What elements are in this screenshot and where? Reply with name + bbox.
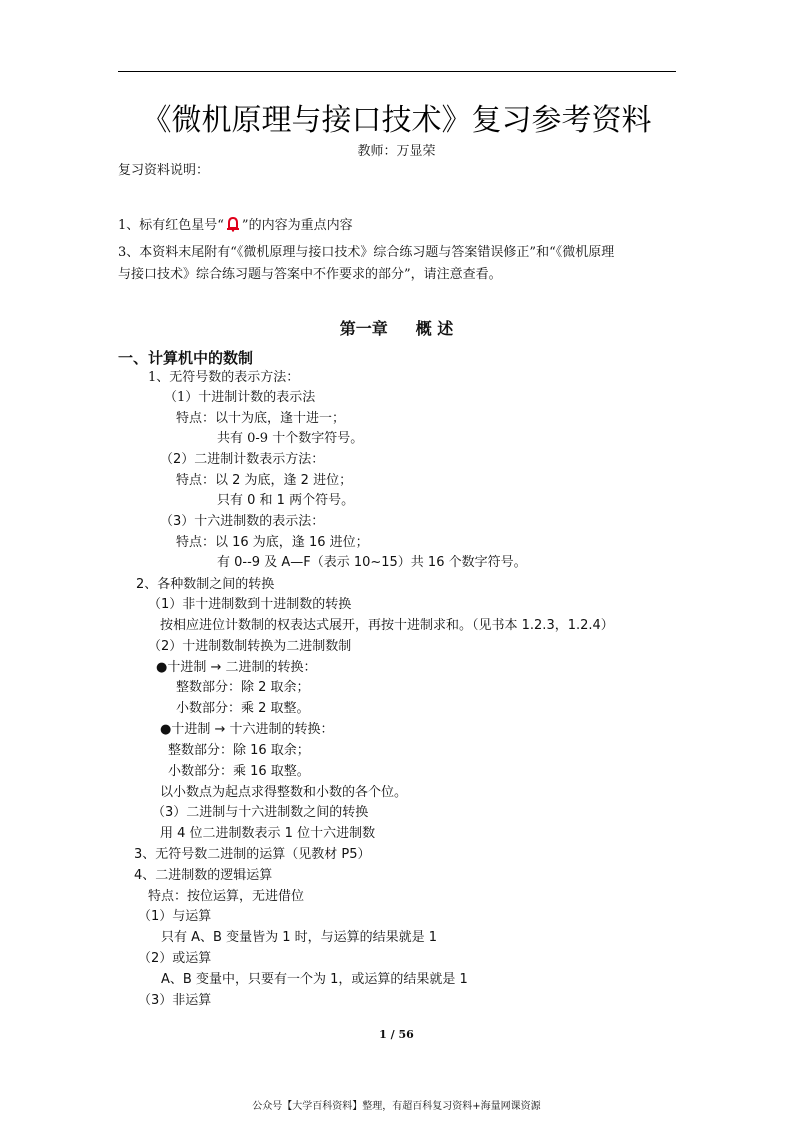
line: 只有 A、B 变量皆为 1 时，与运算的结果就是 1 bbox=[161, 930, 437, 946]
line: 有 0--9 及 A—F（表示 10~15）共 16 个数字符号。 bbox=[217, 555, 527, 571]
line: （1）十进制计数的表示法 bbox=[164, 390, 315, 406]
line: 小数部分：乘 2 取整。 bbox=[176, 701, 310, 717]
line: 只有 0 和 1 两个符号。 bbox=[217, 493, 354, 509]
line: 小数部分：乘 16 取整。 bbox=[168, 764, 310, 780]
line: ●十进制 → 二进制的转换： bbox=[156, 660, 317, 676]
intro-heading: 复习资料说明： bbox=[118, 163, 209, 179]
note-3-line1: 3、本资料末尾附有“《微机原理与接口技术》综合练习题与答案错误修正”和“《微机原… bbox=[118, 245, 614, 261]
line: （2）二进制计数表示方法： bbox=[160, 452, 324, 468]
note-1-suffix: ”的内容为重点内容 bbox=[242, 218, 353, 233]
section-heading: 一、计算机中的数制 bbox=[118, 347, 253, 368]
chapter-name: 概 述 bbox=[416, 319, 454, 338]
line: A、B 变量中，只要有一个为 1，或运算的结果就是 1 bbox=[161, 972, 468, 988]
note-1: 1、标有红色星号“”的内容为重点内容 bbox=[118, 216, 353, 234]
line: 特点：以 2 为底，逢 2 进位； bbox=[176, 473, 352, 489]
line: 特点：按位运算，无进借位 bbox=[148, 889, 304, 905]
chapter-heading: 第一章概 述 bbox=[0, 316, 793, 339]
chapter-label: 第一章 bbox=[340, 319, 388, 338]
page-number: 1 / 56 bbox=[0, 1028, 793, 1041]
line: （1）非十进制数到十进制数的转换 bbox=[148, 597, 351, 613]
header-rule bbox=[118, 71, 676, 72]
line: 整数部分：除 2 取余； bbox=[176, 680, 310, 696]
line: （2）十进制数制转换为二进制数制 bbox=[148, 639, 351, 655]
line: 特点：以 16 为底，逢 16 进位； bbox=[176, 535, 369, 551]
line: 1、无符号数的表示方法： bbox=[148, 370, 299, 386]
note-3-line2: 与接口技术》综合练习题与答案中不作要求的部分”，请注意查看。 bbox=[118, 267, 502, 283]
line: 以小数点为起点求得整数和小数的各个位。 bbox=[160, 785, 407, 801]
teacher-name: 教师：万显荣 bbox=[0, 140, 793, 159]
line: 特点：以十为底，逢十进一； bbox=[176, 411, 345, 427]
footer-note: 公众号【大学百科资料】整理，有超百科复习资料+海量网课资源 bbox=[0, 1097, 793, 1112]
line: 共有 0-9 十个数字符号。 bbox=[217, 431, 363, 447]
line: （3）十六进制数的表示法： bbox=[160, 514, 324, 530]
line: （3）非运算 bbox=[138, 993, 211, 1009]
note-1-prefix: 1、标有红色星号“ bbox=[118, 218, 224, 233]
line: （2）或运算 bbox=[138, 951, 211, 967]
line: （1）与运算 bbox=[138, 909, 211, 925]
line: 2、各种数制之间的转换 bbox=[136, 577, 274, 593]
line: 整数部分：除 16 取余； bbox=[168, 743, 310, 759]
line: （3）二进制与十六进制数之间的转换 bbox=[152, 805, 368, 821]
document-title: 《微机原理与接口技术》复习参考资料 bbox=[0, 95, 793, 139]
line: 用 4 位二进制数表示 1 位十六进制数 bbox=[160, 826, 375, 842]
red-bell-icon bbox=[225, 216, 241, 232]
line: ●十进制 → 十六进制的转换： bbox=[160, 722, 334, 738]
line: 4、二进制数的逻辑运算 bbox=[134, 868, 272, 884]
line: 按相应进位计数制的权表达式展开，再按十进制求和。（见书本 1.2.3，1.2.4… bbox=[160, 618, 614, 634]
line: 3、无符号数二进制的运算（见教材 P5） bbox=[134, 847, 371, 863]
